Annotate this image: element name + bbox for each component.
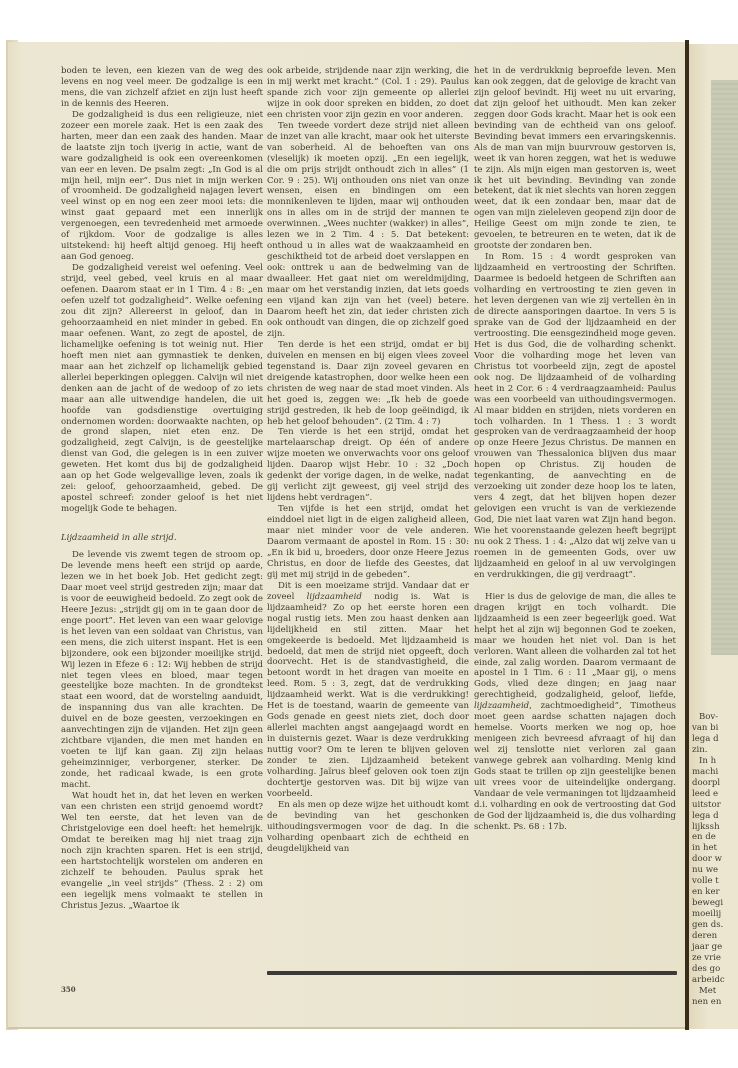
text-fragment: uitstor [692, 800, 738, 811]
text-fragment: arbeidc [692, 975, 738, 986]
text-fragment: van bi [692, 723, 738, 734]
text-fragment: Bov- [692, 712, 738, 723]
paragraph: het in de verdrukknig beproefde leven. M… [474, 66, 676, 252]
text-fragment: nu we [692, 865, 738, 876]
paragraph: Ten tweede vordert deze strijd niet alle… [267, 121, 469, 340]
text-fragment: Met [692, 986, 738, 997]
text-column-3: het in de verdrukknig beproefde leven. M… [474, 66, 676, 833]
paragraph: De godzaligheid is dus een religieuze, n… [61, 110, 263, 263]
text-column-2: ook arbeide, strijdende naar zijn werkin… [267, 66, 469, 855]
emphasis-text: lijdzaamheid [307, 592, 362, 602]
text-fragment: moeilij [692, 909, 738, 920]
paragraph-text: nodig is. Wat is lijdzaamheid? Zo op het… [267, 592, 469, 799]
text-fragment: en de [692, 832, 738, 843]
section-heading: Lijdzaamheid in alle strijd. [61, 533, 263, 544]
text-fragment: lega d [692, 734, 738, 745]
paragraph: Dit is een moeizame strijd. Vandaar dat … [267, 581, 469, 800]
paragraph: Wat houdt het in, dat het leven en werke… [61, 791, 263, 911]
paragraph-text: , zachtmoedigheid”, Timotheus moet geen … [474, 701, 676, 831]
paragraph: ook arbeide, strijdende naar zijn werkin… [267, 66, 469, 121]
text-fragment: zin. [692, 745, 738, 756]
text-fragment: jaar ge [692, 942, 738, 953]
photograph-partial [711, 80, 738, 655]
paragraph: De levende vis zwemt tegen de stroom op.… [61, 550, 263, 791]
text-fragment: In h [692, 756, 738, 767]
text-column-1: boden te leven, een kiezen van de weg de… [61, 66, 263, 911]
paragraph: boden te leven, een kiezen van de weg de… [61, 66, 263, 110]
paragraph: Hier is dus de gelovige de man, die alle… [474, 592, 676, 833]
text-fragment: door w [692, 854, 738, 865]
page-number: 350 [61, 985, 76, 994]
emphasis-text: lijdzaamheid [474, 701, 529, 711]
paragraph: Ten vijfde is het een strijd, omdat het … [267, 504, 469, 581]
text-fragment: deren [692, 931, 738, 942]
paragraph: De godzaligheid vereist wel oefening. Ve… [61, 263, 263, 515]
text-fragment: lijkssh [692, 822, 738, 833]
text-fragment: volle t [692, 876, 738, 887]
paragraph: In Rom. 15 : 4 wordt gesproken van lijdz… [474, 252, 676, 581]
text-fragment: nen en [692, 997, 738, 1008]
horizontal-rule [267, 971, 677, 975]
text-fragment: ze vrie [692, 953, 738, 964]
text-fragment: bewegi [692, 898, 738, 909]
paragraph: Ten derde is het een strijd, omdat er bi… [267, 340, 469, 428]
text-fragment: doorpl [692, 778, 738, 789]
text-fragment: in het [692, 843, 738, 854]
text-fragment: gen ds. [692, 920, 738, 931]
text-fragment: lega d [692, 811, 738, 822]
text-fragment: des go [692, 964, 738, 975]
text-fragment: machi [692, 767, 738, 778]
paragraph: Ten vierde is het een strijd, omdat het … [267, 427, 469, 504]
text-fragment: en ker [692, 887, 738, 898]
text-fragment: leed e [692, 789, 738, 800]
paragraph: En als men op deze wijze het uithoudt ko… [267, 800, 469, 855]
right-page-text-fragments: Bov- van bi lega d zin. In h machi doorp… [692, 712, 738, 1008]
paragraph-text: Hier is dus de gelovige de man, die alle… [474, 592, 676, 701]
